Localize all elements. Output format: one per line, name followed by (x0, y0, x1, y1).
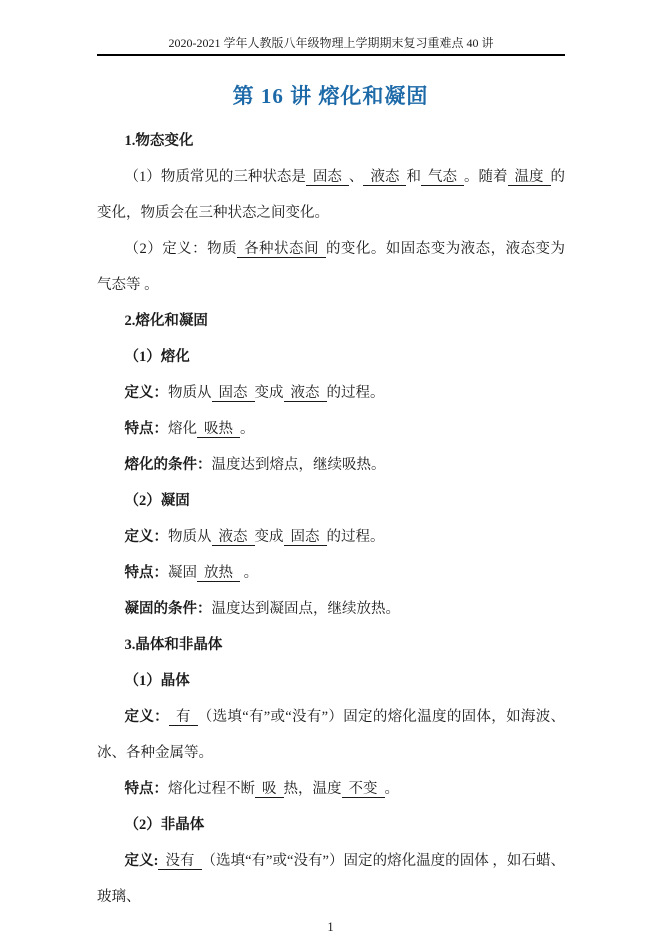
label-run: 定义： (125, 385, 169, 401)
label-run: 定义: (125, 853, 159, 869)
answer-blank: 固态 (306, 169, 349, 186)
label-run: 熔化的条件： (125, 457, 212, 473)
answer-blank: 放热 (197, 565, 240, 582)
text-run: 变成 (255, 529, 284, 545)
lesson-title: 第 16 讲 熔化和凝固 (0, 80, 661, 110)
answer-blank: 吸 (255, 781, 284, 798)
label-run: 定义： (125, 709, 169, 725)
label-run: （1）熔化 (125, 349, 190, 365)
label-run: （1）晶体 (125, 673, 190, 689)
label-run: 特点： (125, 421, 169, 437)
answer-blank: 液态 (363, 169, 406, 186)
section-heading: （2）凝固 (97, 483, 565, 519)
paragraph: 特点：熔化过程不断吸热，温度不变。 (97, 771, 565, 807)
section-heading: （1）熔化 (97, 339, 565, 375)
text-run: 凝固 (168, 565, 197, 581)
paragraph: 定义：物质从液态变成固态的过程。 (97, 519, 565, 555)
paragraph: 定义：物质从固态变成液态的过程。 (97, 375, 565, 411)
answer-blank: 液态 (212, 529, 255, 546)
answer-blank: 不变 (342, 781, 385, 798)
answer-blank: 气态 (421, 169, 464, 186)
answer-blank: 固态 (284, 529, 327, 546)
label-run: 特点： (125, 781, 169, 797)
text-run: （1）物质常见的三种状态是 (125, 169, 306, 185)
label-run: 3.晶体和非晶体 (125, 637, 223, 653)
label-run: 2.熔化和凝固 (125, 313, 208, 329)
paragraph: 特点：凝固放热 。 (97, 555, 565, 591)
text-run: 。 (240, 565, 258, 581)
paragraph: 定义：有（选填“有”或“没有”）固定的熔化温度的固体，如海波、冰、各种金属等。 (97, 699, 565, 771)
text-run: 变成 (255, 385, 284, 401)
text-run: 的过程。 (327, 385, 385, 401)
paragraph: 熔化的条件：温度达到熔点，继续吸热。 (97, 447, 565, 483)
paragraph: （1）物质常见的三种状态是固态、液态和气态。随着温度的变化，物质会在三种状态之间… (97, 159, 565, 231)
page-number: 1 (327, 920, 333, 934)
label-run: （2）非晶体 (125, 817, 205, 833)
page-header: 2020-2021 学年人教版八年级物理上学期期末复习重难点 40 讲 (97, 0, 565, 56)
paragraph: 特点：熔化吸热。 (97, 411, 565, 447)
text-run: 、 (349, 169, 364, 185)
text-run: 热，温度 (284, 781, 342, 797)
text-run: 。 (240, 421, 255, 437)
page-footer: 1 (0, 920, 661, 935)
answer-blank: 各种状态间 (237, 241, 326, 258)
text-run: 。 (385, 781, 400, 797)
section-heading: （2）非晶体 (97, 807, 565, 843)
paragraph: 凝固的条件：温度达到凝固点，继续放热。 (97, 591, 565, 627)
label-run: 凝固的条件： (125, 601, 212, 617)
paragraph: 定义:没有（选填“有”或“没有”）固定的熔化温度的固体 ，如石蜡、玻璃、 (97, 843, 565, 915)
header-course-title: 2020-2021 学年人教版八年级物理上学期期末复习重难点 40 讲 (169, 36, 494, 50)
text-run: （2）定义：物质 (125, 241, 238, 257)
section-heading: 1.物态变化 (97, 123, 565, 159)
answer-blank: 吸热 (197, 421, 240, 438)
answer-blank: 液态 (284, 385, 327, 402)
label-run: 定义： (125, 529, 169, 545)
text-run: 熔化 (168, 421, 197, 437)
label-run: （2）凝固 (125, 493, 190, 509)
lesson-content: 1.物态变化（1）物质常见的三种状态是固态、液态和气态。随着温度的变化，物质会在… (97, 123, 565, 915)
section-heading: （1）晶体 (97, 663, 565, 699)
label-run: 1.物态变化 (125, 133, 194, 149)
text-run: 温度达到熔点，继续吸热。 (212, 457, 386, 473)
text-run: 物质从 (168, 529, 212, 545)
section-heading: 2.熔化和凝固 (97, 303, 565, 339)
section-heading: 3.晶体和非晶体 (97, 627, 565, 663)
answer-blank: 温度 (508, 169, 551, 186)
answer-blank: 没有 (158, 853, 201, 870)
text-run: 温度达到凝固点，继续放热。 (212, 601, 401, 617)
text-run: 的过程。 (327, 529, 385, 545)
answer-blank: 有 (169, 709, 198, 726)
text-run: 熔化过程不断 (168, 781, 255, 797)
text-run: 和 (406, 169, 421, 185)
document-page: 2020-2021 学年人教版八年级物理上学期期末复习重难点 40 讲 第 16… (0, 0, 661, 935)
paragraph: （2）定义：物质各种状态间的变化。如固态变为液态，液态变为气态等 。 (97, 231, 565, 303)
answer-blank: 固态 (212, 385, 255, 402)
text-run: 物质从 (168, 385, 212, 401)
label-run: 特点： (125, 565, 169, 581)
text-run: 。随着 (464, 169, 508, 185)
